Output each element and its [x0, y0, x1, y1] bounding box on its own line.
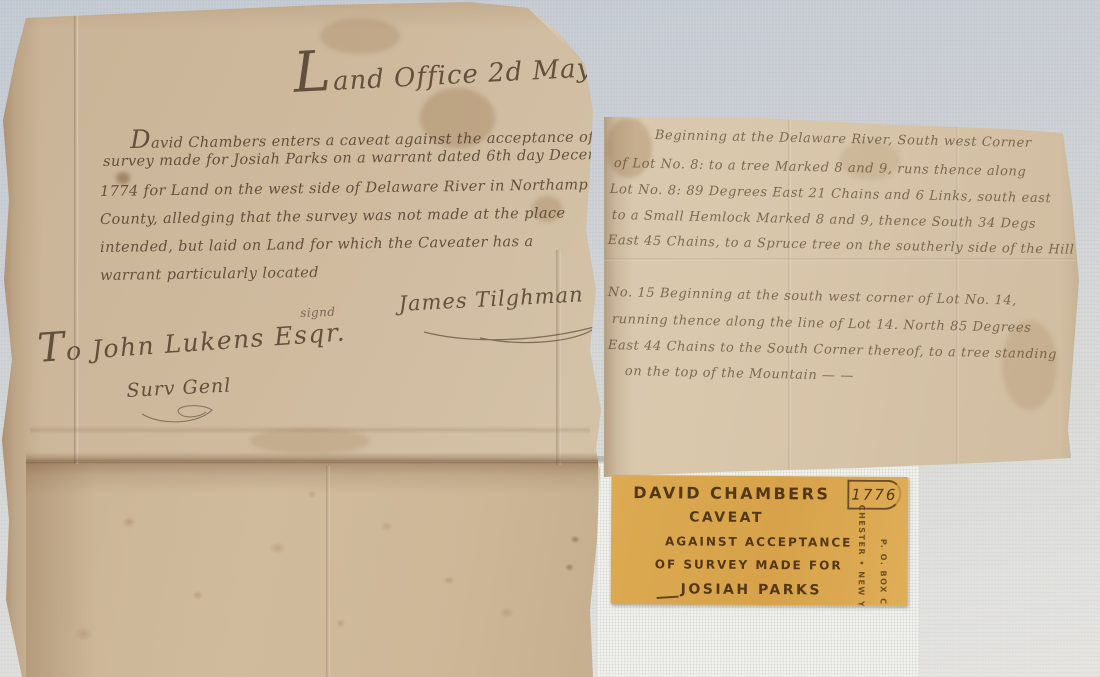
letter-body-line: intended, but laid on Land for which the… — [100, 234, 534, 256]
fold-crease — [74, 14, 78, 464]
survey-text-line: to a Small Hemlock Marked 8 and 9, thenc… — [612, 208, 1037, 232]
label-vertical-print-address: CHESTER • NEW YOR — [857, 505, 867, 606]
survey-text-line: of Lot No. 8: to a tree Marked 8 and 9, … — [614, 156, 1027, 180]
letter-body-line: County, alledging that the survey was no… — [100, 206, 566, 228]
survey-text-line: on the top of the Mountain — — — [625, 364, 854, 384]
underline-dash — [657, 596, 679, 599]
fold-crease — [604, 258, 1076, 261]
survey-text-line: Beginning at the Delaware River, South w… — [655, 128, 1032, 151]
surveyor-general-title: Surv Genl — [126, 375, 232, 402]
year-box: 1776 — [847, 480, 901, 510]
james-tilghman-signature: James Tilghman — [398, 282, 584, 316]
blank-folded-flap — [26, 462, 598, 677]
addressee-john-lukens: To John Lukens Esqr. — [36, 304, 347, 371]
label-name-line: DAVID CHAMBERS — [633, 483, 830, 503]
stain — [116, 172, 130, 184]
fold-crease — [26, 452, 598, 464]
letterhead-land-office: Land Office 2d May 1776 — [292, 26, 672, 102]
fold-crease — [556, 250, 561, 465]
survey-text-line: running thence along the line of Lot 14.… — [612, 312, 1032, 336]
label-caveat-line: CAVEAT — [689, 510, 764, 527]
label-year: 1776 — [851, 486, 897, 504]
label-against-line: AGAINST ACCEPTANCE — [665, 534, 853, 549]
letter-body-line: 1774 for Land on the west side of Delawa… — [100, 177, 613, 200]
label-survey-line: OF SURVEY MADE FOR — [655, 557, 843, 572]
stain — [250, 428, 370, 454]
fold-crease — [30, 426, 590, 434]
addressee-flourish — [140, 402, 220, 424]
survey-text-line: East 44 Chains to the South Corner there… — [608, 338, 1057, 362]
fold-crease — [326, 466, 330, 677]
letter-body-line: warrant particularly located — [100, 265, 319, 284]
signature-flourish — [420, 318, 610, 346]
survey-text-line: East 45 Chains, to a Spruce tree on the … — [608, 233, 1075, 258]
label-josiah-line: JOSIAH PARKS — [681, 581, 822, 598]
survey-text-line: No. 15 Beginning at the south west corne… — [608, 285, 1017, 309]
archival-label: DAVID CHAMBERS CAVEAT AGAINST ACCEPTANCE… — [611, 475, 909, 606]
survey-text-line: Lot No. 8: 89 Degrees East 21 Chains and… — [610, 182, 1052, 206]
label-vertical-print-pobox: P. O. BOX C — [879, 539, 888, 606]
photograph: Beginning at the Delaware River, South w… — [0, 0, 1100, 677]
